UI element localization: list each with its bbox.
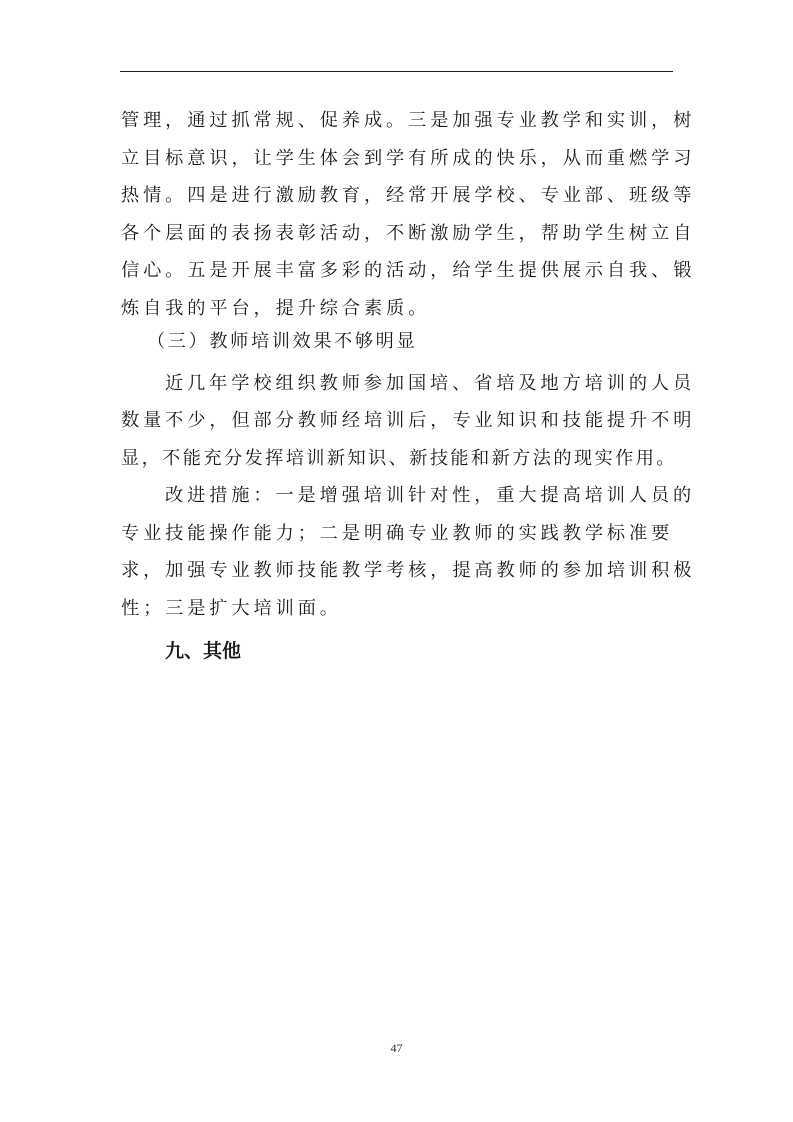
text-line: 管理，通过抓常规、促养成。三是加强专业教学和实训，树: [121, 102, 673, 140]
text-line: 显，不能充分发挥培训新知识、新技能和新方法的现实作用。: [121, 440, 673, 478]
text-line: 求，加强专业教师技能教学考核，提高教师的参加培训积极: [121, 552, 673, 590]
text-line: 各个层面的表扬表彰活动，不断激励学生，帮助学生树立自: [121, 215, 673, 253]
text-line: 炼自我的平台，提升综合素质。: [121, 290, 673, 328]
paragraph-improvement-measures: 改进措施：一是增强培训针对性，重大提高培训人员的 专业技能操作能力；二是明确专业…: [121, 477, 673, 627]
text-line: 性；三是扩大培训面。: [121, 590, 673, 628]
paragraph-training-problem: 近几年学校组织教师参加国培、省培及地方培训的人员 数量不少，但部分教师经培训后，…: [121, 365, 673, 478]
section-heading-other: 九、其他: [121, 631, 673, 671]
subheading-teacher-training: （三）教师培训效果不够明显: [121, 327, 673, 365]
text-line: 改进措施：一是增强培训针对性，重大提高培训人员的: [121, 477, 673, 515]
document-body: 管理，通过抓常规、促养成。三是加强专业教学和实训，树 立目标意识，让学生体会到学…: [121, 102, 673, 671]
header-rule: [120, 71, 673, 72]
text-line: 立目标意识，让学生体会到学有所成的快乐，从而重燃学习: [121, 140, 673, 178]
text-line: 数量不少，但部分教师经培训后，专业知识和技能提升不明: [121, 402, 673, 440]
page-number: 47: [0, 1041, 793, 1056]
text-line: 近几年学校组织教师参加国培、省培及地方培训的人员: [121, 365, 673, 403]
text-line: 热情。四是进行激励教育，经常开展学校、专业部、班级等: [121, 177, 673, 215]
text-line: 信心。五是开展丰富多彩的活动，给学生提供展示自我、锻: [121, 252, 673, 290]
text-line: 专业技能操作能力；二是明确专业教师的实践教学标准要: [121, 515, 673, 553]
paragraph-student-measures: 管理，通过抓常规、促养成。三是加强专业教学和实训，树 立目标意识，让学生体会到学…: [121, 102, 673, 327]
